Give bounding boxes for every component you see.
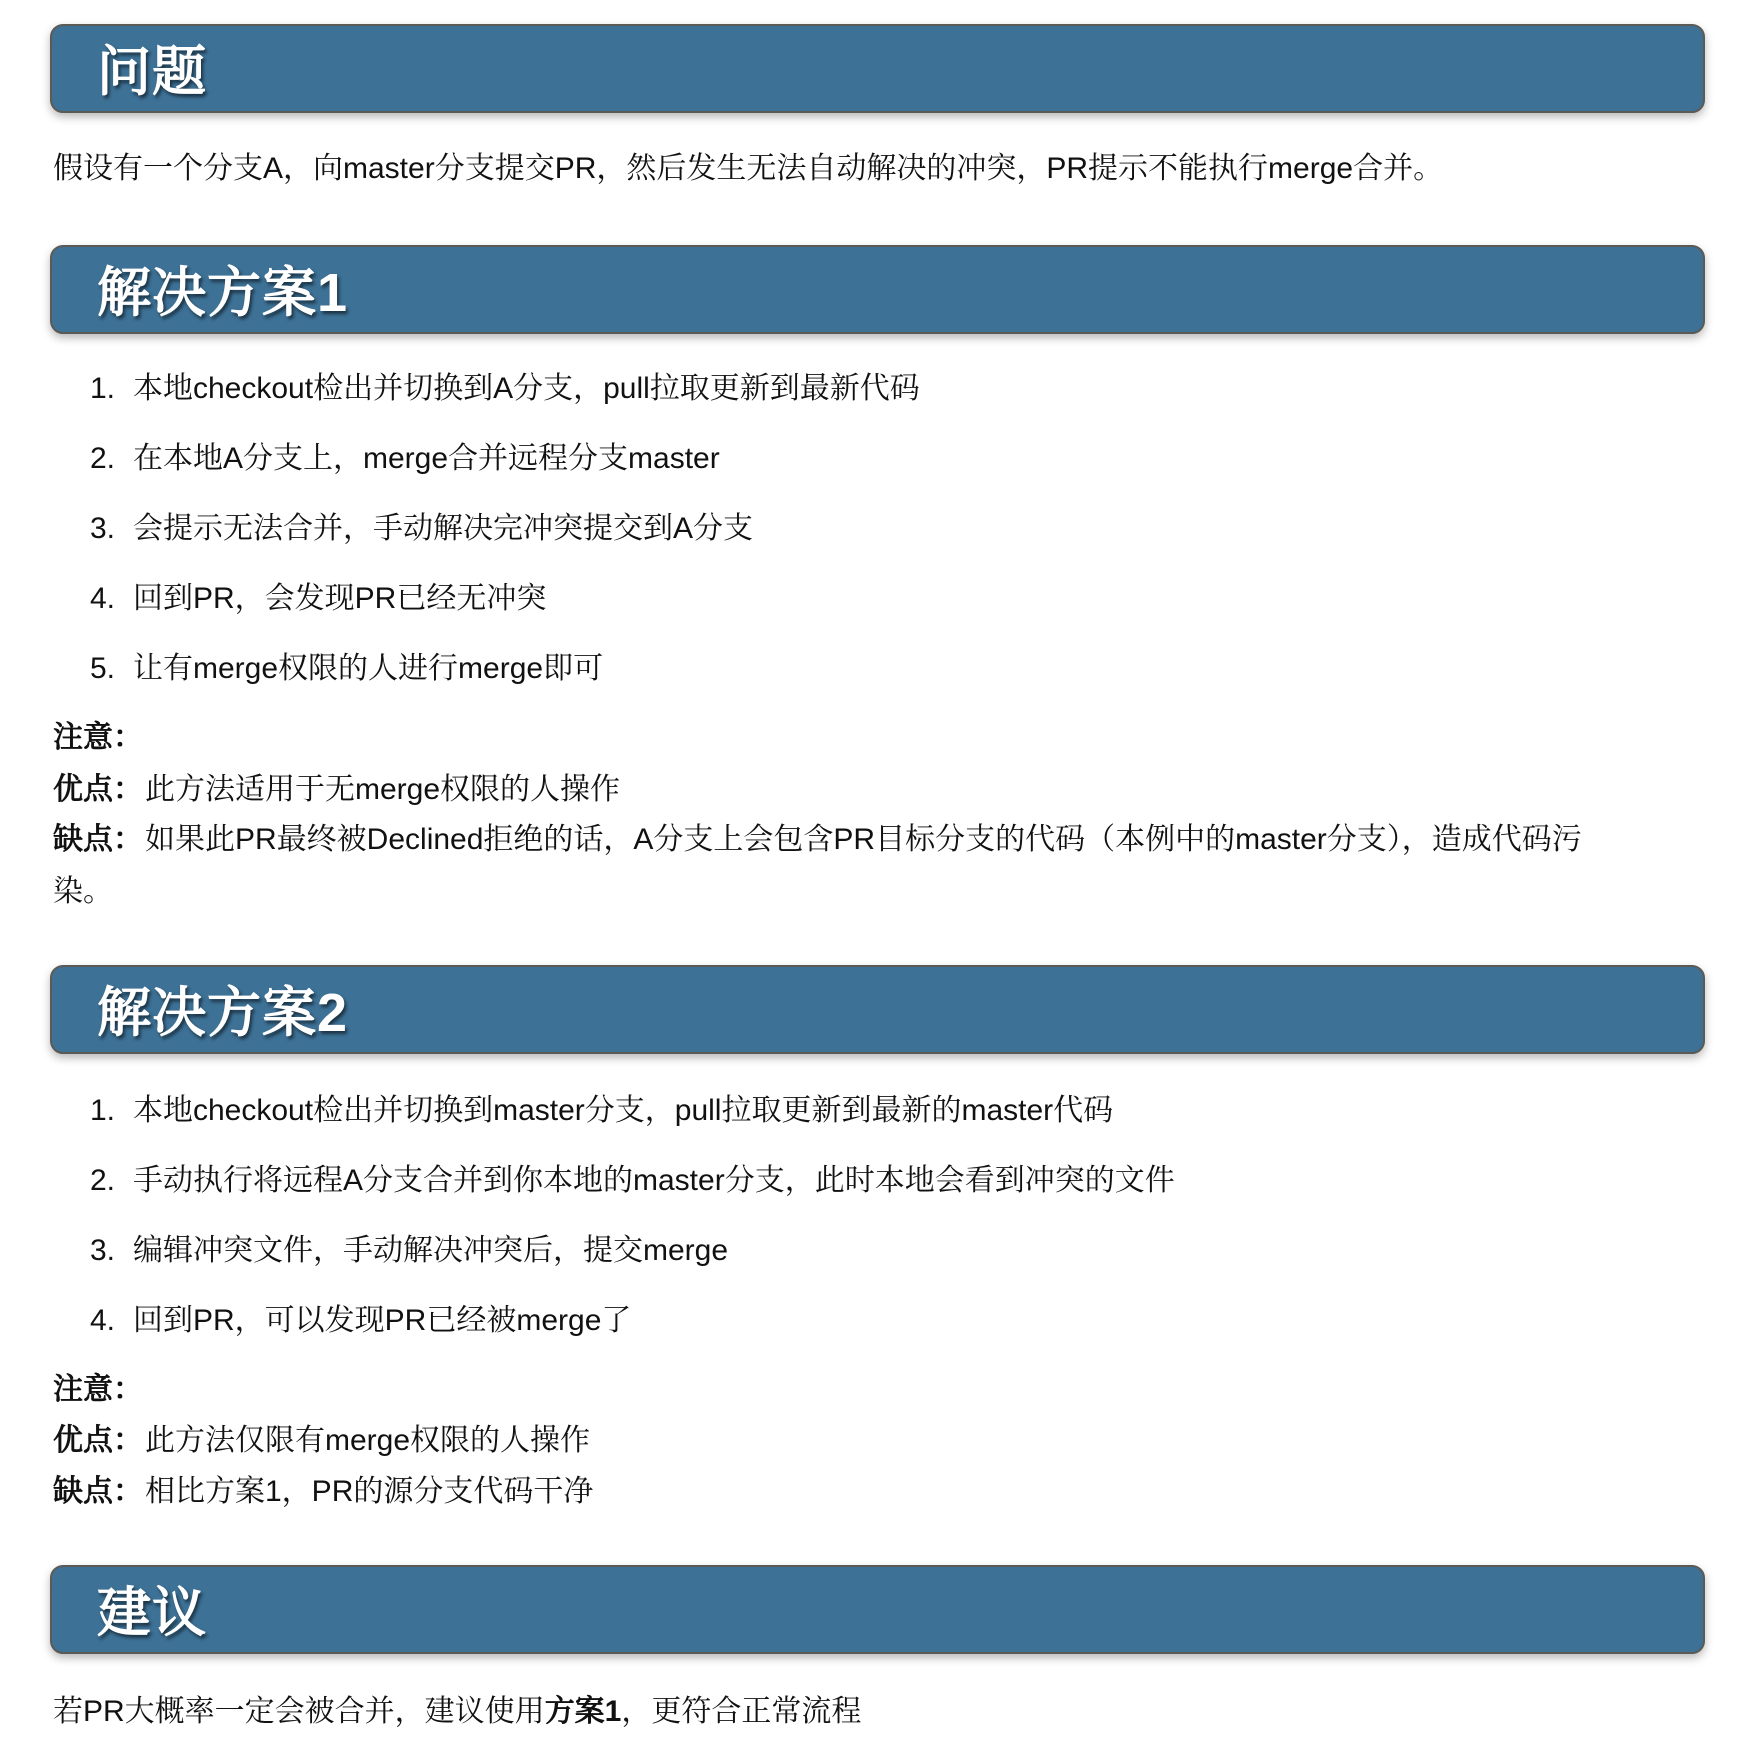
pros-label: 优点：	[53, 773, 143, 806]
step-text: 编辑冲突文件，手动解决冲突后，提交merge	[133, 1231, 728, 1271]
cons-text-continued: 染。	[53, 875, 113, 908]
pros-line: 优点：此方法适用于无merge权限的人操作	[53, 770, 620, 810]
section-title: 解决方案2	[97, 969, 348, 1046]
step-number: 2.	[90, 439, 130, 479]
step-text: 手动执行将远程A分支合并到你本地的master分支，此时本地会看到冲突的文件	[133, 1161, 1175, 1201]
note-heading: 注意：	[53, 718, 143, 758]
step-number: 1.	[90, 369, 130, 409]
section-title: 问题	[97, 28, 207, 105]
cons-text: 如果此PR最终被Declined拒绝的话，A分支上会包含PR目标分支的代码（本例…	[145, 823, 1582, 856]
step-number: 4.	[90, 579, 130, 619]
step-text: 本地checkout检出并切换到A分支，pull拉取更新到最新代码	[133, 369, 920, 409]
cons-line-continuation: 染。	[53, 872, 113, 912]
step-text: 会提示无法合并，手动解决完冲突提交到A分支	[133, 509, 753, 549]
cons-label: 缺点：	[53, 1475, 143, 1508]
section-header-solution2: 解决方案2	[50, 965, 1705, 1054]
pros-text: 此方法仅限有merge权限的人操作	[145, 1424, 590, 1457]
step-number: 5.	[90, 649, 130, 689]
step-number: 1.	[90, 1091, 130, 1131]
step-number: 3.	[90, 509, 130, 549]
cons-text: 相比方案1，PR的源分支代码干净	[145, 1475, 593, 1508]
step-text: 在本地A分支上，merge合并远程分支master	[133, 439, 720, 479]
cons-line: 缺点：如果此PR最终被Declined拒绝的话，A分支上会包含PR目标分支的代码…	[53, 820, 1582, 860]
step-text: 回到PR，可以发现PR已经被merge了	[133, 1301, 631, 1341]
section-header-solution1: 解决方案1	[50, 245, 1705, 334]
step-text: 让有merge权限的人进行merge即可	[133, 649, 603, 689]
cons-line: 缺点：相比方案1，PR的源分支代码干净	[53, 1472, 593, 1512]
step-number: 4.	[90, 1301, 130, 1341]
section-title: 解决方案1	[97, 249, 348, 326]
suggestion-text-after: ，更符合正常流程	[621, 1695, 861, 1728]
cons-label: 缺点：	[53, 823, 143, 856]
suggestion-text-before: 若PR大概率一定会被合并，建议使用	[53, 1695, 545, 1728]
note-label: 注意：	[53, 1373, 143, 1406]
suggestion-emphasis: 方案1	[545, 1695, 622, 1728]
note-heading: 注意：	[53, 1370, 143, 1410]
pros-line: 优点：此方法仅限有merge权限的人操作	[53, 1421, 590, 1461]
section-header-suggestion: 建议	[50, 1565, 1705, 1654]
note-label: 注意：	[53, 721, 143, 754]
step-text: 本地checkout检出并切换到master分支，pull拉取更新到最新的mas…	[133, 1091, 1113, 1131]
step-text: 回到PR，会发现PR已经无冲突	[133, 579, 546, 619]
problem-description: 假设有一个分支A，向master分支提交PR，然后发生无法自动解决的冲突，PR提…	[53, 149, 1443, 189]
step-number: 2.	[90, 1161, 130, 1201]
step-number: 3.	[90, 1231, 130, 1271]
pros-label: 优点：	[53, 1424, 143, 1457]
section-header-problem: 问题	[50, 24, 1705, 113]
pros-text: 此方法适用于无merge权限的人操作	[145, 773, 620, 806]
suggestion-text: 若PR大概率一定会被合并，建议使用方案1，更符合正常流程	[53, 1692, 861, 1732]
section-title: 建议	[97, 1569, 207, 1646]
